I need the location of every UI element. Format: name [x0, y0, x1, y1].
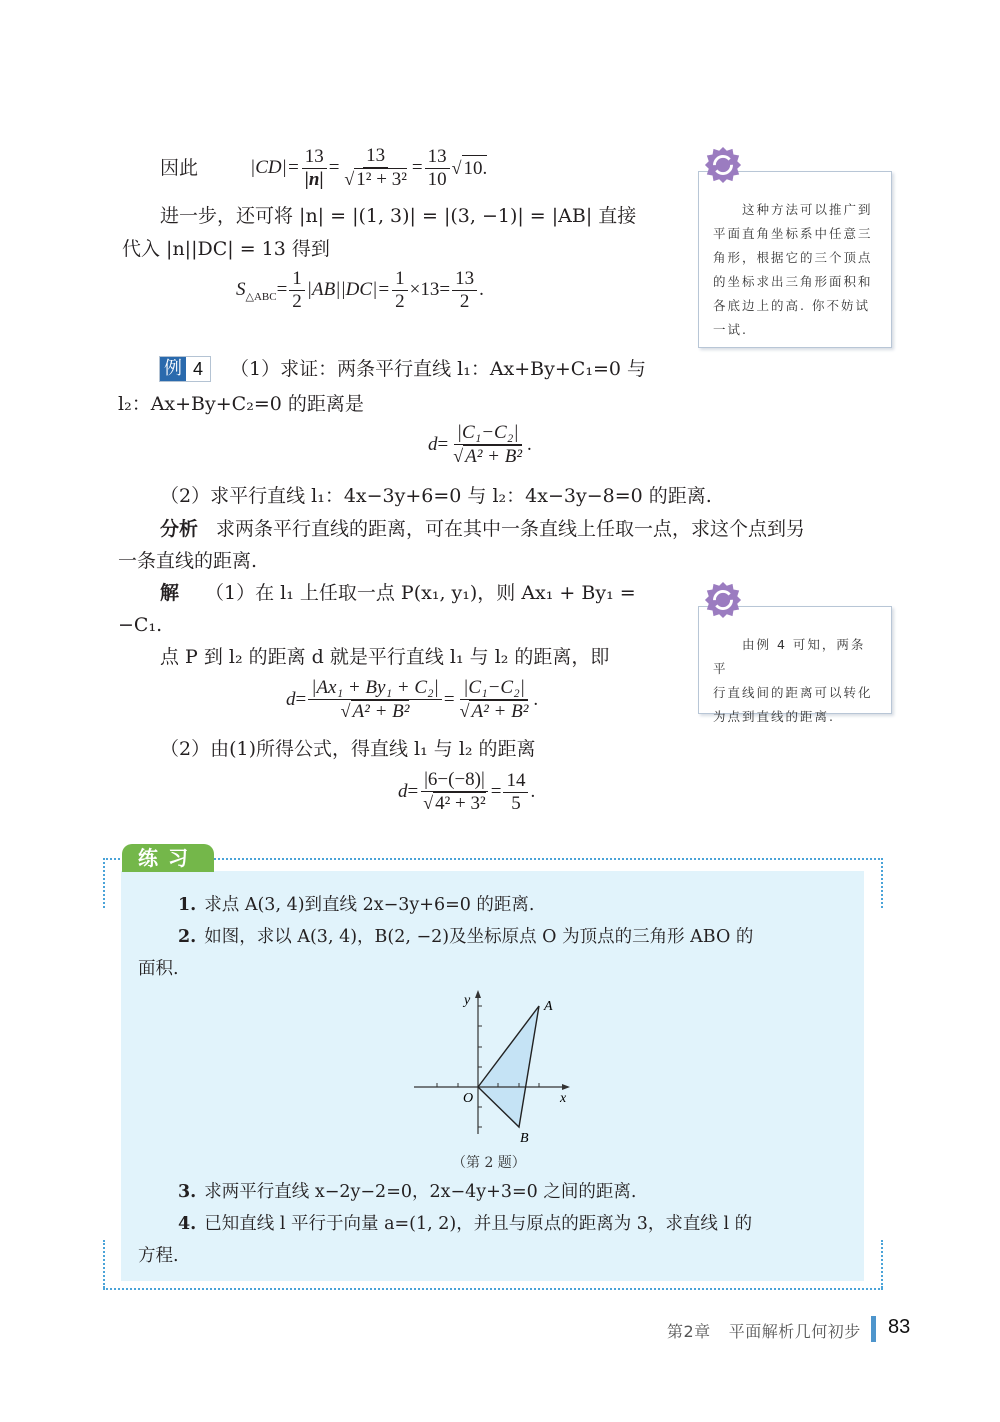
distance-formula: d= |C₁−C₂|√A² + B² .	[428, 420, 532, 470]
analysis-label: 分析	[160, 518, 198, 540]
sqrt-sign: √	[452, 155, 462, 181]
chapter-footer: 第2章平面解析几何初步	[667, 1319, 861, 1342]
exercise-item: 4.已知直线 l 平行于向量 a=(1, 2)，并且与原点的距离为 3，求直线 …	[178, 1212, 752, 1236]
svg-text:A: A	[543, 999, 553, 1014]
svg-text:B: B	[520, 1131, 529, 1146]
example-statement: l₂：Ax+By+C₂=0 的距离是	[118, 391, 364, 417]
fraction: 13√1² + 3²	[341, 145, 410, 191]
equals: =	[412, 155, 423, 181]
exercise-item-cont: 方程.	[138, 1244, 179, 1268]
cd-expr: |CD|=	[250, 155, 300, 181]
fraction: 13|n|	[302, 146, 327, 191]
svg-text:O: O	[463, 1091, 473, 1106]
fraction: 12	[392, 268, 408, 313]
note-line: 由例 4 可知，两条平	[713, 633, 879, 681]
exercise-tab: 练习	[122, 844, 214, 872]
solution-label: 解	[160, 582, 179, 604]
distance-derivation: d= |Ax₁ + By₁ + C₂|√A² + B² = |C₁−C₂|√A²…	[286, 672, 538, 728]
analysis-line: 分析求两条平行直线的距离，可在其中一条直线上任取一点，求这个点到另	[160, 516, 805, 542]
fraction: 132	[452, 268, 477, 313]
note-line: 一试.	[713, 318, 879, 342]
fraction: |6−(−8)|√4² + 3²	[420, 769, 489, 815]
fraction: 12	[289, 268, 305, 313]
example-part2: （2）求平行直线 l₁：4x−3y+6=0 与 l₂：4x−3y−8=0 的距离…	[160, 483, 712, 509]
example-badge: 例 4	[159, 356, 211, 382]
page-number: 83	[888, 1316, 910, 1339]
fraction: 1310	[425, 146, 450, 191]
margin-note: 这种方法可以推广到 平面直角坐标系中任意三 角形，根据它的三个顶点 的坐标求出三…	[698, 171, 892, 348]
fraction: 145	[503, 770, 528, 815]
paragraph-line: 代入 |n||DC| = 13 得到	[122, 236, 330, 262]
paragraph-line: 进一步，还可将 |n| = |(1, 3)| = |(3, −1)| = |AB…	[160, 203, 636, 229]
footer-divider	[871, 1316, 876, 1342]
svg-text:y: y	[462, 993, 471, 1008]
exercise-border-bottom	[103, 1288, 883, 1290]
exercise-item: 2.如图，求以 A(3, 4)，B(2, −2)及坐标原点 O 为顶点的三角形 …	[178, 925, 753, 949]
refresh-badge-icon	[704, 581, 742, 619]
exercise-item: 1.求点 A(3, 4)到直线 2x−3y+6=0 的距离.	[178, 893, 535, 917]
solution-line: 解（1）在 l₁ 上任取一点 P(x₁, y₁)，则 Ax₁ + By₁ =	[160, 580, 636, 606]
fraction: |Ax₁ + By₁ + C₂|√A² + B²	[308, 677, 442, 723]
therefore-label: 因此	[160, 155, 198, 181]
note-line: 角形，根据它的三个顶点	[713, 246, 879, 270]
margin-note: 由例 4 可知，两条平 行直线间的距离可以转化 为点到直线的距离.	[698, 606, 892, 714]
note-line: 这种方法可以推广到	[713, 198, 879, 222]
note-line: 平面直角坐标系中任意三	[713, 222, 879, 246]
figure-caption: （第 2 题）	[452, 1152, 526, 1172]
note-line: 各底边上的高. 你不妨试	[713, 294, 879, 318]
analysis-line: 一条直线的距离.	[118, 548, 257, 574]
solution-line: −C₁.	[118, 612, 162, 638]
solution-line: 点 P 到 l₂ 的距离 d 就是平行直线 l₁ 与 l₂ 的距离，即	[160, 644, 609, 670]
note-line: 的坐标求出三角形面积和	[713, 270, 879, 294]
cd-result-line: 因此 |CD|= 13|n| = 13√1² + 3² = 1310 √10.	[160, 146, 487, 190]
fraction: |C₁−C₂|√A² + B²	[457, 677, 532, 723]
equals: =	[329, 155, 340, 181]
sqrt-10: 10.	[462, 155, 488, 182]
triangle-fill	[478, 1006, 539, 1127]
fraction: |C₁−C₂|√A² + B²	[450, 422, 525, 468]
example-statement: （1）求证：两条平行直线 l₁：Ax+By+C₁=0 与	[230, 356, 646, 382]
refresh-badge-icon	[704, 146, 742, 184]
distance-result: d= |6−(−8)|√4² + 3² = 145 .	[398, 766, 535, 818]
note-line: 为点到直线的距离.	[713, 705, 879, 729]
svg-text:x: x	[559, 1091, 567, 1106]
solution-line: （2）由(1)所得公式，得直线 l₁ 与 l₂ 的距离	[160, 736, 536, 762]
exercise-item: 3.求两平行直线 x−2y−2=0，2x−4y+3=0 之间的距离.	[178, 1180, 636, 1204]
triangle-figure: y x O A B	[400, 980, 600, 1160]
area-formula: S△ABC = 12 |AB||DC|= 12 ×13= 132 .	[236, 266, 484, 314]
note-line: 行直线间的距离可以转化	[713, 681, 879, 705]
exercise-item-cont: 面积.	[138, 957, 179, 981]
